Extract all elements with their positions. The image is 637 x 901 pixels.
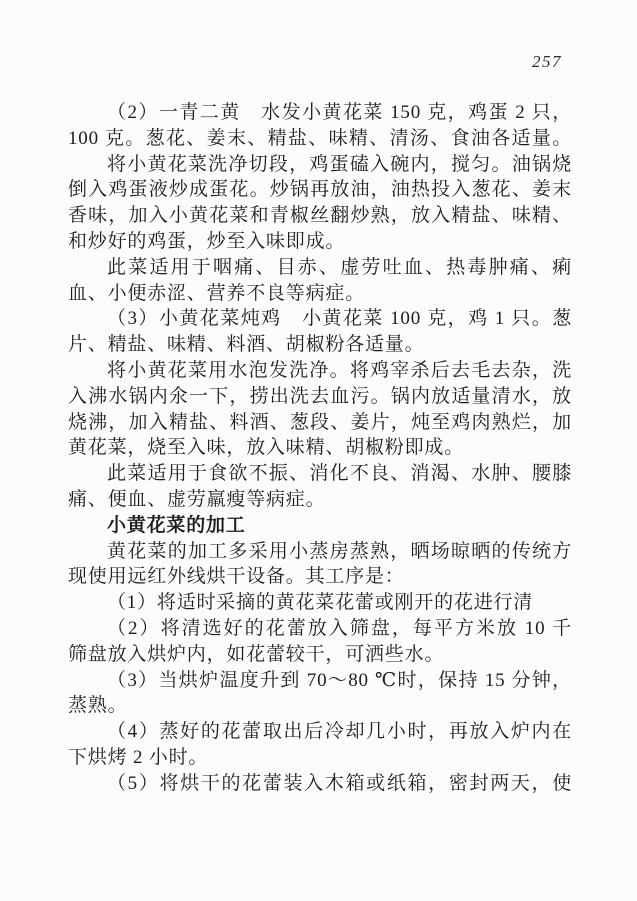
text-line: 下烘烤 2 小时。 bbox=[68, 745, 572, 771]
text-line: 黄花菜的加工多采用小蒸房蒸熟，晒场晾晒的传统方法。 bbox=[68, 539, 572, 565]
page-text: （2）一青二黄 水发小黄花菜 150 克，鸡蛋 2 只，青椒丝100 克。葱花、… bbox=[68, 100, 572, 797]
page-number: 257 bbox=[532, 52, 562, 72]
text-line: （2）一青二黄 水发小黄花菜 150 克，鸡蛋 2 只，青椒丝 bbox=[68, 100, 572, 126]
text-line: （2）将清选好的花蕾放入筛盘，每平方米放 10 千克，将 bbox=[68, 616, 572, 642]
section-heading: 小黄花菜的加工 bbox=[68, 513, 572, 539]
text-line: （4）蒸好的花蕾取出后冷却几小时，再放入炉内在 60 ℃ bbox=[68, 719, 572, 745]
text-line: 烧沸，加入精盐、料酒、葱段、姜片，炖至鸡肉熟烂，加入小 bbox=[68, 410, 572, 436]
text-line: 将小黄花菜洗净切段，鸡蛋磕入碗内，搅匀。油锅烧热后 bbox=[68, 152, 572, 178]
text-line: （3）小黄花菜炖鸡 小黄花菜 100 克，鸡 1 只。葱段、姜 bbox=[68, 306, 572, 332]
text-line: 此菜适用于咽痛、目赤、虚劳吐血、热毒肿痛、痢疾、便 bbox=[68, 255, 572, 281]
text-line: （5）将烘干的花蕾装入木箱或纸箱，密封两天，使其自然 bbox=[68, 771, 572, 797]
text-line: 香味，加入小黄花菜和青椒丝翻炒熟，放入精盐、味精、清汤 bbox=[68, 203, 572, 229]
text-line: 筛盘放入烘炉内，如花蕾较干，可洒些水。 bbox=[68, 642, 572, 668]
text-line: 现使用远红外线烘干设备。其工序是： bbox=[68, 564, 572, 590]
text-line: 痛、便血、虚劳羸瘦等病症。 bbox=[68, 487, 572, 513]
text-line: 100 克。葱花、姜末、精盐、味精、清汤、食油各适量。 bbox=[68, 126, 572, 152]
text-line: 倒入鸡蛋液炒成蛋花。炒锅再放油，油热投入葱花、姜末煸出 bbox=[68, 177, 572, 203]
text-line: 血、小便赤涩、营养不良等病症。 bbox=[68, 281, 572, 307]
text-line: 入沸水锅内氽一下，捞出洗去血污。锅内放适量清水，放入鸡 bbox=[68, 384, 572, 410]
text-line: （1）将适时采摘的黄花菜花蕾或刚开的花进行清选。 bbox=[68, 590, 572, 616]
text-line: 和炒好的鸡蛋，炒至入味即成。 bbox=[68, 229, 572, 255]
text-line: 片、精盐、味精、料酒、胡椒粉各适量。 bbox=[68, 332, 572, 358]
text-line: 此菜适用于食欲不振、消化不良、消渴、水肿、腰膝酸 bbox=[68, 461, 572, 487]
book-page: 257 （2）一青二黄 水发小黄花菜 150 克，鸡蛋 2 只，青椒丝100 克… bbox=[0, 0, 637, 901]
text-line: 将小黄花菜用水泡发洗净。将鸡宰杀后去毛去杂，洗净， bbox=[68, 358, 572, 384]
text-line: （3）当烘炉温度升到 70～80 ℃时，保持 15 分钟，将花蕾 bbox=[68, 668, 572, 694]
text-line: 蒸熟。 bbox=[68, 693, 572, 719]
text-line: 黄花菜，烧至入味，放入味精、胡椒粉即成。 bbox=[68, 435, 572, 461]
